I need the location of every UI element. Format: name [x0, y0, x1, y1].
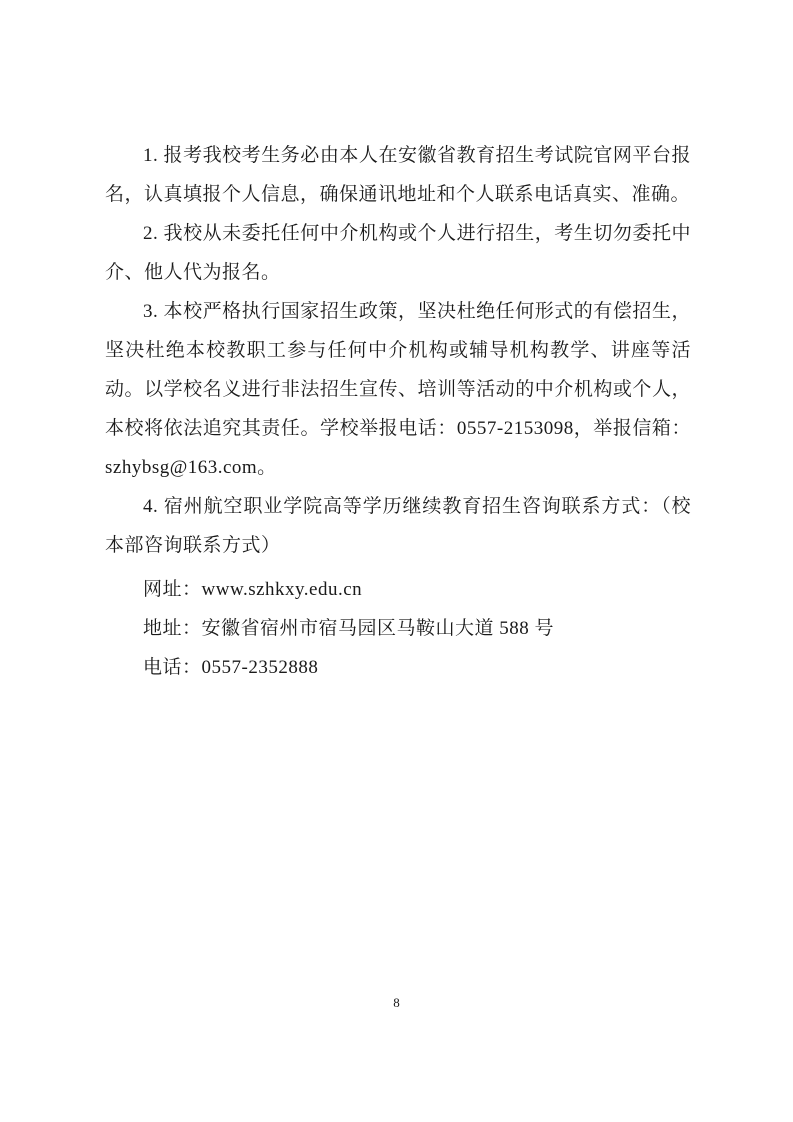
contact-address-line: 地址：安徽省宿州市宿马园区马鞍山大道 588 号: [105, 609, 691, 648]
contact-address-label: 地址：: [143, 618, 202, 639]
paragraph-registration-notice: 1. 报考我校考生务必由本人在安徽省教育招生考试院官网平台报名，认真填报个人信息…: [105, 136, 691, 214]
document-page: 1. 报考我校考生务必由本人在安徽省教育招生考试院官网平台报名，认真填报个人信息…: [0, 0, 793, 1122]
contact-website-label: 网址：: [143, 579, 202, 600]
contact-website-value: www.szhkxy.edu.cn: [202, 579, 363, 600]
paragraph-policy-enforcement-notice: 3. 本校严格执行国家招生政策，坚决杜绝任何形式的有偿招生，坚决杜绝本校教职工参…: [105, 292, 691, 487]
contact-info-block: 网址：www.szhkxy.edu.cn 地址：安徽省宿州市宿马园区马鞍山大道 …: [105, 570, 691, 687]
contact-phone-line: 电话：0557-2352888: [105, 648, 691, 687]
contact-phone-label: 电话：: [143, 657, 202, 678]
document-body: 1. 报考我校考生务必由本人在安徽省教育招生考试院官网平台报名，认真填报个人信息…: [105, 136, 691, 687]
contact-address-value: 安徽省宿州市宿马园区马鞍山大道 588 号: [202, 618, 555, 639]
paragraph-no-agents-notice: 2. 我校从未委托任何中介机构或个人进行招生，考生切勿委托中介、他人代为报名。: [105, 214, 691, 292]
contact-website-line: 网址：www.szhkxy.edu.cn: [105, 570, 691, 609]
contact-phone-value: 0557-2352888: [202, 657, 319, 678]
page-number: 8: [0, 995, 793, 1011]
paragraph-consultation-contact-intro: 4. 宿州航空职业学院高等学历继续教育招生咨询联系方式：（校本部咨询联系方式）: [105, 487, 691, 565]
